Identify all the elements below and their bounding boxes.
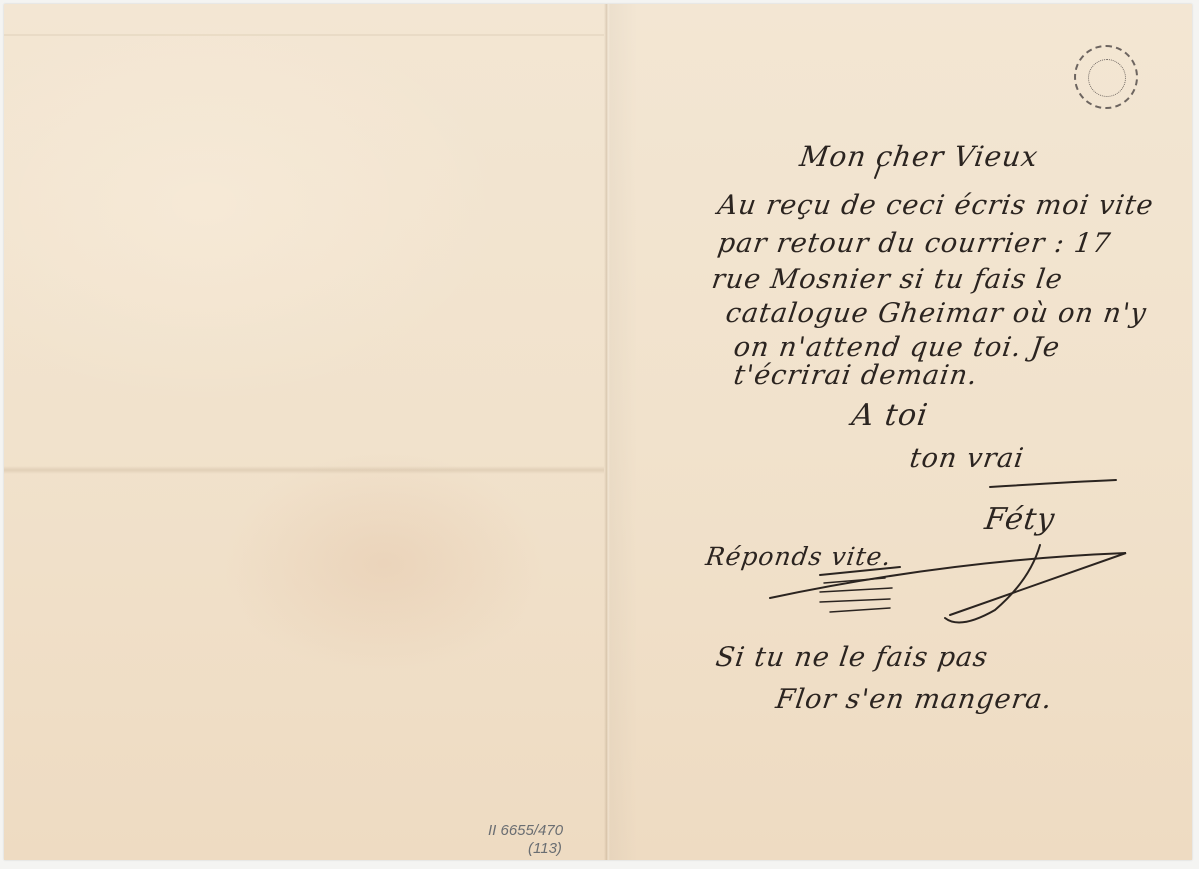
closing-ton-vrai: ton vrai	[908, 443, 1026, 474]
body-line-6: t'écrirai demain.	[732, 360, 980, 391]
body-line-5: on n'attend que toi. Je	[732, 332, 1062, 363]
center-fold	[604, 4, 610, 860]
stamp-center	[1088, 59, 1126, 97]
salutation: Mon cher Vieux	[798, 140, 1041, 173]
archive-call-number: II 6655/470	[488, 822, 563, 839]
closing-a-toi: A toi	[850, 398, 931, 433]
body-line-2: par retour du courrier : 17	[716, 228, 1113, 259]
library-stamp-icon	[1074, 45, 1138, 109]
paper-edge-line	[4, 34, 604, 36]
blank-left-page	[4, 4, 608, 860]
letter-sheet	[4, 4, 1192, 860]
body-line-3: rue Mosnier si tu fais le	[710, 264, 1065, 295]
signature: Féty	[983, 502, 1058, 537]
archive-item-number: (113)	[528, 840, 562, 857]
postscript-line-1: Si tu ne le fais pas	[714, 642, 990, 673]
postscript-respond-quickly: Réponds vite.	[704, 542, 894, 571]
body-line-1: Au reçu de ceci écris moi vite	[716, 190, 1156, 221]
postscript-line-2: Flor s'en mangera.	[774, 684, 1055, 715]
body-line-4: catalogue Gheimar où on n'y	[724, 298, 1149, 329]
horizontal-fold	[4, 466, 604, 474]
